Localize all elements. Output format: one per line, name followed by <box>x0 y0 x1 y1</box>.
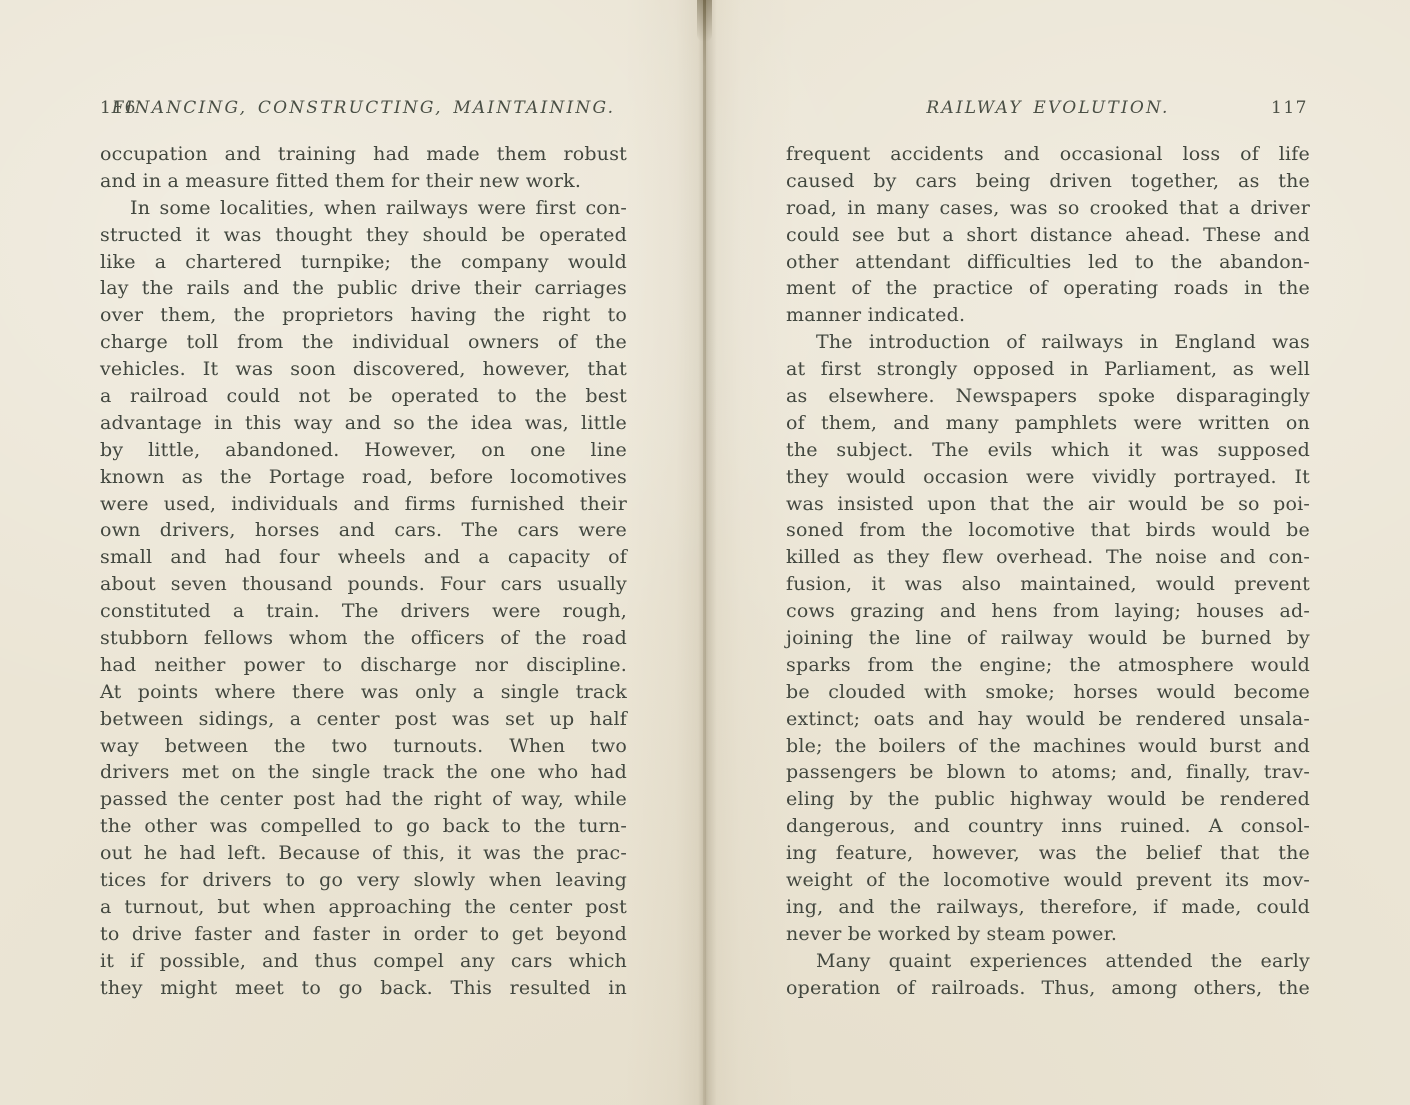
text-line: were used, individuals and firms furnish… <box>100 491 627 518</box>
text-line: tices for drivers to go very slowly when… <box>100 867 627 894</box>
text-line: Many quaint experiences attended the ear… <box>786 948 1310 975</box>
text-line: fusion, it was also maintained, would pr… <box>786 571 1310 598</box>
text-line: by little, abandoned. However, on one li… <box>100 437 627 464</box>
text-line: over them, the proprietors having the ri… <box>100 302 627 329</box>
text-line: ing, and the railways, therefore, if mad… <box>786 894 1310 921</box>
running-header-left: 116 FINANCING, CONSTRUCTING, MAINTAINING… <box>100 96 627 120</box>
text-line: the other was compelled to go back to th… <box>100 813 627 840</box>
text-line: soned from the locomotive that birds wou… <box>786 517 1310 544</box>
text-line: ble; the boilers of the machines would b… <box>786 733 1310 760</box>
text-line: dangerous, and country inns ruined. A co… <box>786 813 1310 840</box>
text-line: vehicles. It was soon discovered, howeve… <box>100 356 627 383</box>
running-head-left: FINANCING, CONSTRUCTING, MAINTAINING. <box>112 98 616 118</box>
text-line: had neither power to discharge nor disci… <box>100 652 627 679</box>
text-line: and in a measure fitted them for their n… <box>100 168 627 195</box>
text-line: other attendant difficulties led to the … <box>786 249 1310 276</box>
text-line: to drive faster and faster in order to g… <box>100 921 627 948</box>
text-line: joining the line of railway would be bur… <box>786 625 1310 652</box>
page-number-right: 117 <box>1271 96 1308 120</box>
text-line: at first strongly opposed in Parliament,… <box>786 356 1310 383</box>
text-line: was insisted upon that the air would be … <box>786 491 1310 518</box>
text-line: as elsewhere. Newspapers spoke disparagi… <box>786 383 1310 410</box>
text-line: extinct; oats and hay would be rendered … <box>786 706 1310 733</box>
text-line: cows grazing and hens from laying; house… <box>786 598 1310 625</box>
text-line: about seven thousand pounds. Four cars u… <box>100 571 627 598</box>
text-line: constituted a train. The drivers were ro… <box>100 598 627 625</box>
text-line: In some localities, when railways were f… <box>100 195 627 222</box>
text-line: manner indicated. <box>786 302 1310 329</box>
text-line: ing feature, however, was the belief tha… <box>786 840 1310 867</box>
text-line: lay the rails and the public drive their… <box>100 275 627 302</box>
text-line: caused by cars being driven together, as… <box>786 168 1310 195</box>
running-header-right: RAILWAY EVOLUTION. 117 <box>786 96 1310 120</box>
text-line: it if possible, and thus compel any cars… <box>100 948 627 975</box>
text-line: like a chartered turnpike; the company w… <box>100 249 627 276</box>
book-gutter-shadow <box>625 0 795 1105</box>
text-line: they would occasion were vividly portray… <box>786 464 1310 491</box>
page-number-left: 116 <box>100 96 137 120</box>
text-line: ment of the practice of operating roads … <box>786 275 1310 302</box>
text-line: structed it was thought they should be o… <box>100 222 627 249</box>
text-line: small and had four wheels and a capacity… <box>100 544 627 571</box>
text-line: stubborn fellows whom the officers of th… <box>100 625 627 652</box>
text-line: own drivers, horses and cars. The cars w… <box>100 517 627 544</box>
text-line: they might meet to go back. This resulte… <box>100 975 627 1002</box>
text-line: of them, and many pamphlets were written… <box>786 410 1310 437</box>
text-line: operation of railroads. Thus, among othe… <box>786 975 1310 1002</box>
text-line: occupation and training had made them ro… <box>100 141 627 168</box>
text-line: way between the two turnouts. When two <box>100 733 627 760</box>
text-line: be clouded with smoke; horses would beco… <box>786 679 1310 706</box>
text-line: At points where there was only a single … <box>100 679 627 706</box>
page-right: RAILWAY EVOLUTION. 117 frequent accident… <box>786 0 1310 1105</box>
text-line: drivers met on the single track the one … <box>100 759 627 786</box>
text-line: eling by the public highway would be ren… <box>786 786 1310 813</box>
text-line: between sidings, a center post was set u… <box>100 706 627 733</box>
page-body-left: occupation and training had made them ro… <box>100 141 627 1002</box>
text-line: advantage in this way and so the idea wa… <box>100 410 627 437</box>
page-left: 116 FINANCING, CONSTRUCTING, MAINTAINING… <box>100 0 627 1105</box>
page-body-right: frequent accidents and occasional loss o… <box>786 141 1310 1002</box>
running-head-right: RAILWAY EVOLUTION. <box>926 98 1169 118</box>
text-line: passengers be blown to atoms; and, final… <box>786 759 1310 786</box>
text-line: frequent accidents and occasional loss o… <box>786 141 1310 168</box>
book-gutter-notch <box>697 0 712 42</box>
text-line: The introduction of railways in England … <box>786 329 1310 356</box>
text-line: could see but a short distance ahead. Th… <box>786 222 1310 249</box>
text-line: road, in many cases, was so crooked that… <box>786 195 1310 222</box>
text-line: passed the center post had the right of … <box>100 786 627 813</box>
text-line: weight of the locomotive would prevent i… <box>786 867 1310 894</box>
text-line: the subject. The evils which it was supp… <box>786 437 1310 464</box>
text-line: known as the Portage road, before locomo… <box>100 464 627 491</box>
text-line: a railroad could not be operated to the … <box>100 383 627 410</box>
text-line: out he had left. Because of this, it was… <box>100 840 627 867</box>
book-gutter-crease <box>703 0 706 1105</box>
text-line: killed as they flew overhead. The noise … <box>786 544 1310 571</box>
text-line: never be worked by steam power. <box>786 921 1310 948</box>
text-line: a turnout, but when approaching the cent… <box>100 894 627 921</box>
text-line: charge toll from the individual owners o… <box>100 329 627 356</box>
book-spread: 116 FINANCING, CONSTRUCTING, MAINTAINING… <box>0 0 1410 1105</box>
text-line: sparks from the engine; the atmosphere w… <box>786 652 1310 679</box>
